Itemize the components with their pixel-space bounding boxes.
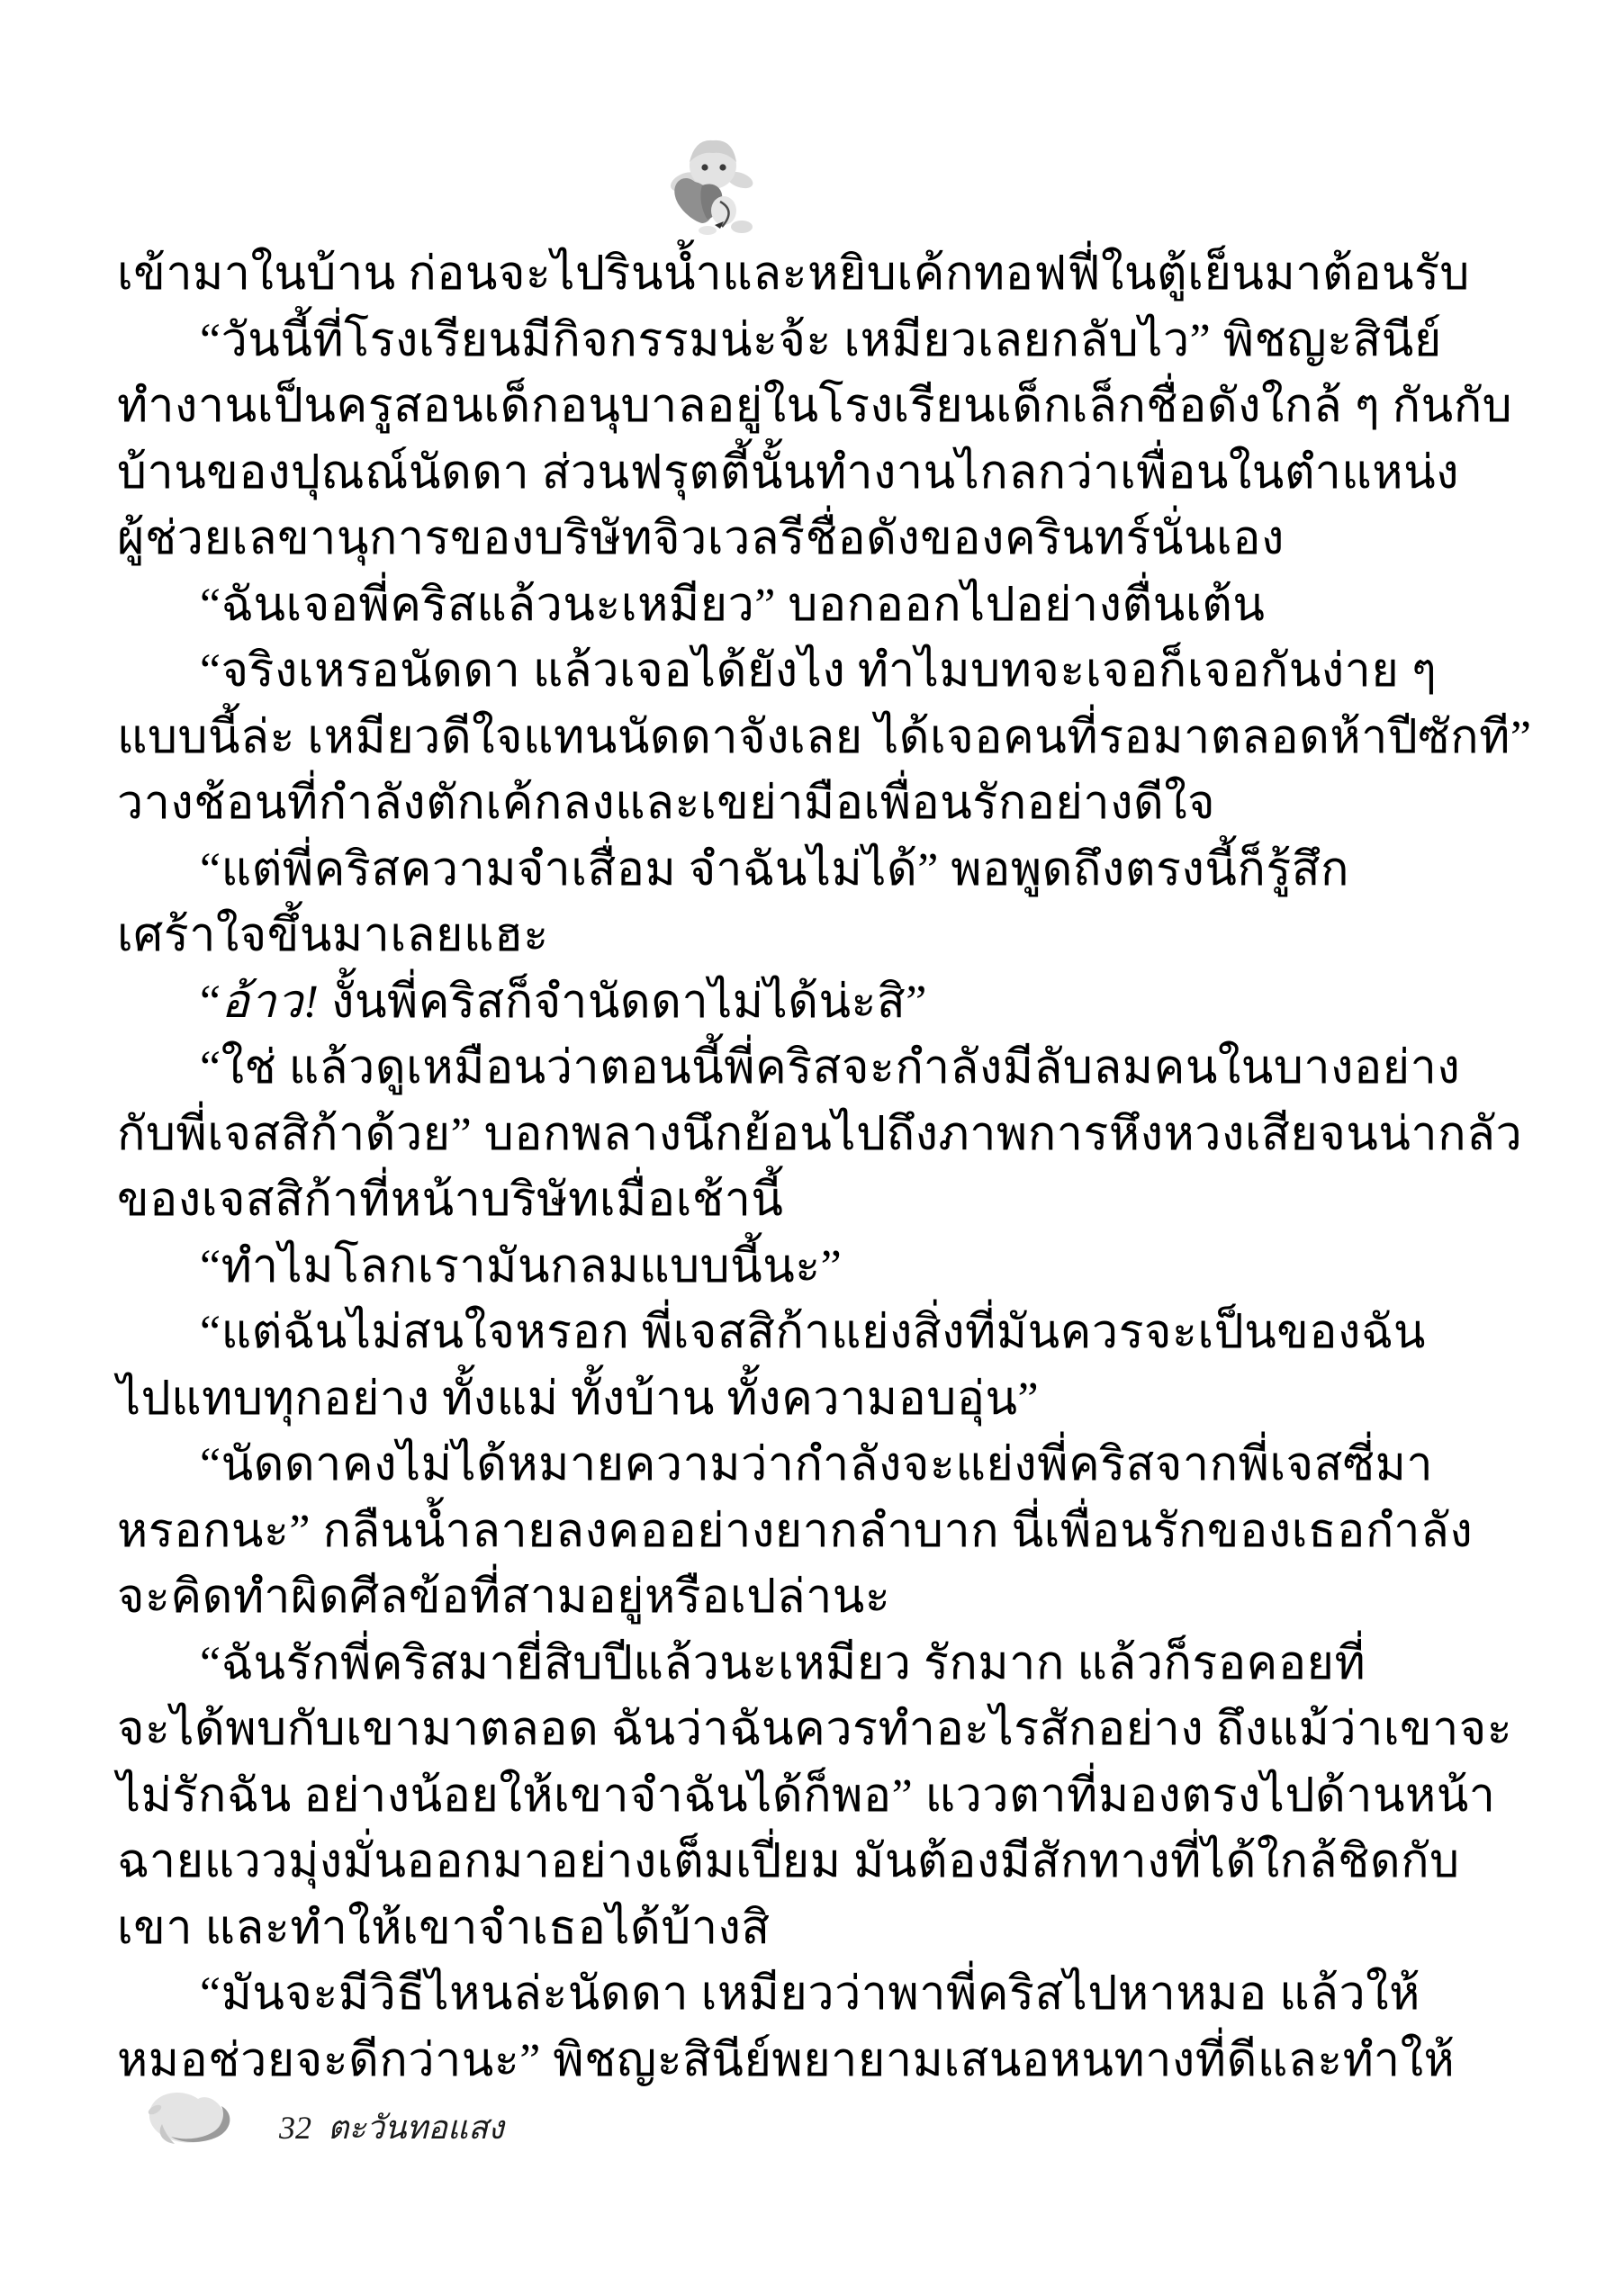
text-line: “นัดดาคงไม่ได้หมายความว่ากำลังจะแย่งพี่ค…: [117, 1432, 1494, 1499]
text-line: กับพี่เจสสิก้าด้วย” บอกพลางนึกย้อนไปถึงภ…: [117, 1102, 1494, 1168]
text-segment: วางช้อนที่กำลังตักเค้กลงและเขย่ามือเพื่อ…: [117, 778, 1215, 829]
text-line: “วันนี้ที่โรงเรียนมีกิจกรรมน่ะจ้ะ เหมียว…: [117, 308, 1494, 374]
text-line: เขา และทำให้เขาจำเธอได้บ้างสิ: [117, 1895, 1494, 1962]
text-segment: งั้นพี่คริสก็จำนัดดาไม่ได้น่ะสิ”: [320, 977, 927, 1028]
text-line: จะได้พบกับเขามาตลอด ฉันว่าฉันควรทำอะไรสั…: [117, 1697, 1494, 1763]
text-segment: “: [200, 977, 221, 1028]
text-segment: บ้านของปุณณ์นัดดา ส่วนฟรุตตี้นั้นทำงานไก…: [117, 447, 1459, 499]
text-line: “แต่พี่คริสความจำเสื่อม จำฉันไม่ได้” พอพ…: [117, 837, 1494, 904]
footer-caption: 32ตะวันทอแสง: [279, 2102, 504, 2153]
italic-text-segment: อ้าว!: [221, 977, 320, 1028]
flower-ornament: [135, 2086, 270, 2167]
text-line: “ทำไมโลกเรามันกลมแบบนี้นะ”: [117, 1234, 1494, 1301]
text-segment: “แต่พี่คริสความจำเสื่อม จำฉันไม่ได้” พอพ…: [200, 844, 1349, 896]
text-segment: “ใช่ แล้วดูเหมือนว่าตอนนี้พี่คริสจะกำลัง…: [200, 1042, 1460, 1094]
cupid-heart-icon: [668, 135, 753, 236]
text-line: เข้ามาในบ้าน ก่อนจะไปรินน้ำและหยิบเค้กทอ…: [117, 241, 1494, 308]
text-line: “จริงเหรอนัดดา แล้วเจอได้ยังไง ทำไมบทจะเ…: [117, 638, 1494, 705]
text-line: ไม่รักฉัน อย่างน้อยให้เขาจำฉันได้ก็พอ” แ…: [117, 1763, 1494, 1830]
book-page: เข้ามาในบ้าน ก่อนจะไปรินน้ำและหยิบเค้กทอ…: [0, 0, 1605, 2296]
text-segment: จะได้พบกับเขามาตลอด ฉันว่าฉันควรทำอะไรสั…: [117, 1704, 1512, 1755]
text-segment: “วันนี้ที่โรงเรียนมีกิจกรรมน่ะจ้ะ เหมียว…: [200, 315, 1442, 366]
text-line: ผู้ช่วยเลขานุการของบริษัทจิวเวลรีชื่อดัง…: [117, 506, 1494, 572]
text-segment: ไม่รักฉัน อย่างน้อยให้เขาจำฉันได้ก็พอ” แ…: [117, 1770, 1496, 1822]
book-title: ตะวันทอแสง: [328, 2110, 504, 2146]
text-line: “มันจะมีวิธีไหนล่ะนัดดา เหมียวว่าพาพี่คร…: [117, 1961, 1494, 2028]
text-segment: หมอช่วยจะดีกว่านะ” พิชญะสินีย์พยายามเสนอ…: [117, 2035, 1455, 2086]
text-line: “ฉันเจอพี่คริสแล้วนะเหมียว” บอกออกไปอย่า…: [117, 572, 1494, 639]
text-segment: เศร้าใจขึ้นมาเลยแฮะ: [117, 910, 549, 961]
text-segment: “นัดดาคงไม่ได้หมายความว่ากำลังจะแย่งพี่ค…: [200, 1439, 1433, 1490]
text-line: “แต่ฉันไม่สนใจหรอก พี่เจสสิก้าแย่งสิ่งที…: [117, 1300, 1494, 1366]
text-line: หมอช่วยจะดีกว่านะ” พิชญะสินีย์พยายามเสนอ…: [117, 2028, 1494, 2094]
cupid-heart-ornament: [668, 135, 753, 236]
text-line: ฉายแววมุ่งมั่นออกมาอย่างเต็มเปี่ยม มันต้…: [117, 1829, 1494, 1895]
text-segment: “แต่ฉันไม่สนใจหรอก พี่เจสสิก้าแย่งสิ่งที…: [200, 1307, 1426, 1358]
text-line: หรอกนะ” กลืนน้ำลายลงคออย่างยากลำบาก นี่เ…: [117, 1499, 1494, 1565]
text-segment: “จริงเหรอนัดดา แล้วเจอได้ยังไง ทำไมบทจะเ…: [200, 645, 1437, 697]
page-footer: 32ตะวันทอแสง: [135, 2086, 504, 2167]
text-line: “ฉันรักพี่คริสมายี่สิบปีแล้วนะเหมียว รัก…: [117, 1631, 1494, 1697]
page-text: เข้ามาในบ้าน ก่อนจะไปรินน้ำและหยิบเค้กทอ…: [117, 241, 1494, 2093]
text-line: ไปแทบทุกอย่าง ทั้งแม่ ทั้งบ้าน ทั้งความอ…: [117, 1366, 1494, 1433]
text-segment: ฉายแววมุ่งมั่นออกมาอย่างเต็มเปี่ยม มันต้…: [117, 1836, 1460, 1887]
text-segment: ทำงานเป็นครูสอนเด็กอนุบาลอยู่ในโรงเรียนเ…: [117, 381, 1512, 432]
text-segment: “ทำไมโลกเรามันกลมแบบนี้นะ”: [200, 1241, 842, 1292]
text-segment: ผู้ช่วยเลขานุการของบริษัทจิวเวลรีชื่อดัง…: [117, 513, 1285, 564]
page-number: 32: [279, 2110, 311, 2146]
text-segment: ไปแทบทุกอย่าง ทั้งแม่ ทั้งบ้าน ทั้งความอ…: [117, 1373, 1039, 1425]
text-line: เศร้าใจขึ้นมาเลยแฮะ: [117, 903, 1494, 969]
text-line: “ใช่ แล้วดูเหมือนว่าตอนนี้พี่คริสจะกำลัง…: [117, 1035, 1494, 1102]
text-segment: กับพี่เจสสิก้าด้วย” บอกพลางนึกย้อนไปถึงภ…: [117, 1109, 1522, 1160]
text-segment: หรอกนะ” กลืนน้ำลายลงคออย่างยากลำบาก นี่เ…: [117, 1506, 1473, 1557]
text-segment: แบบนี้ล่ะ เหมียวดีใจแทนนัดดาจังเลย ได้เจ…: [117, 712, 1531, 763]
text-line: จะคิดทำผิดศีลข้อที่สามอยู่หรือเปล่านะ: [117, 1564, 1494, 1631]
text-line: บ้านของปุณณ์นัดดา ส่วนฟรุตตี้นั้นทำงานไก…: [117, 440, 1494, 507]
text-segment: “มันจะมีวิธีไหนล่ะนัดดา เหมียวว่าพาพี่คร…: [200, 1968, 1420, 2020]
text-segment: เข้ามาในบ้าน ก่อนจะไปรินน้ำและหยิบเค้กทอ…: [117, 248, 1470, 300]
text-segment: ของเจสสิก้าที่หน้าบริษัทเมื่อเช้านี้: [117, 1175, 783, 1226]
text-segment: จะคิดทำผิดศีลข้อที่สามอยู่หรือเปล่านะ: [117, 1571, 890, 1623]
text-segment: “ฉันเจอพี่คริสแล้วนะเหมียว” บอกออกไปอย่า…: [200, 580, 1265, 631]
text-line: ทำงานเป็นครูสอนเด็กอนุบาลอยู่ในโรงเรียนเ…: [117, 374, 1494, 440]
flower-icon: [135, 2086, 270, 2167]
text-segment: เขา และทำให้เขาจำเธอได้บ้างสิ: [117, 1903, 771, 1954]
text-segment: “ฉันรักพี่คริสมายี่สิบปีแล้วนะเหมียว รัก…: [200, 1638, 1366, 1689]
text-line: แบบนี้ล่ะ เหมียวดีใจแทนนัดดาจังเลย ได้เจ…: [117, 705, 1494, 771]
text-line: วางช้อนที่กำลังตักเค้กลงและเขย่ามือเพื่อ…: [117, 770, 1494, 837]
text-line: “อ้าว! งั้นพี่คริสก็จำนัดดาไม่ได้น่ะสิ”: [117, 969, 1494, 1036]
text-line: ของเจสสิก้าที่หน้าบริษัทเมื่อเช้านี้: [117, 1167, 1494, 1234]
